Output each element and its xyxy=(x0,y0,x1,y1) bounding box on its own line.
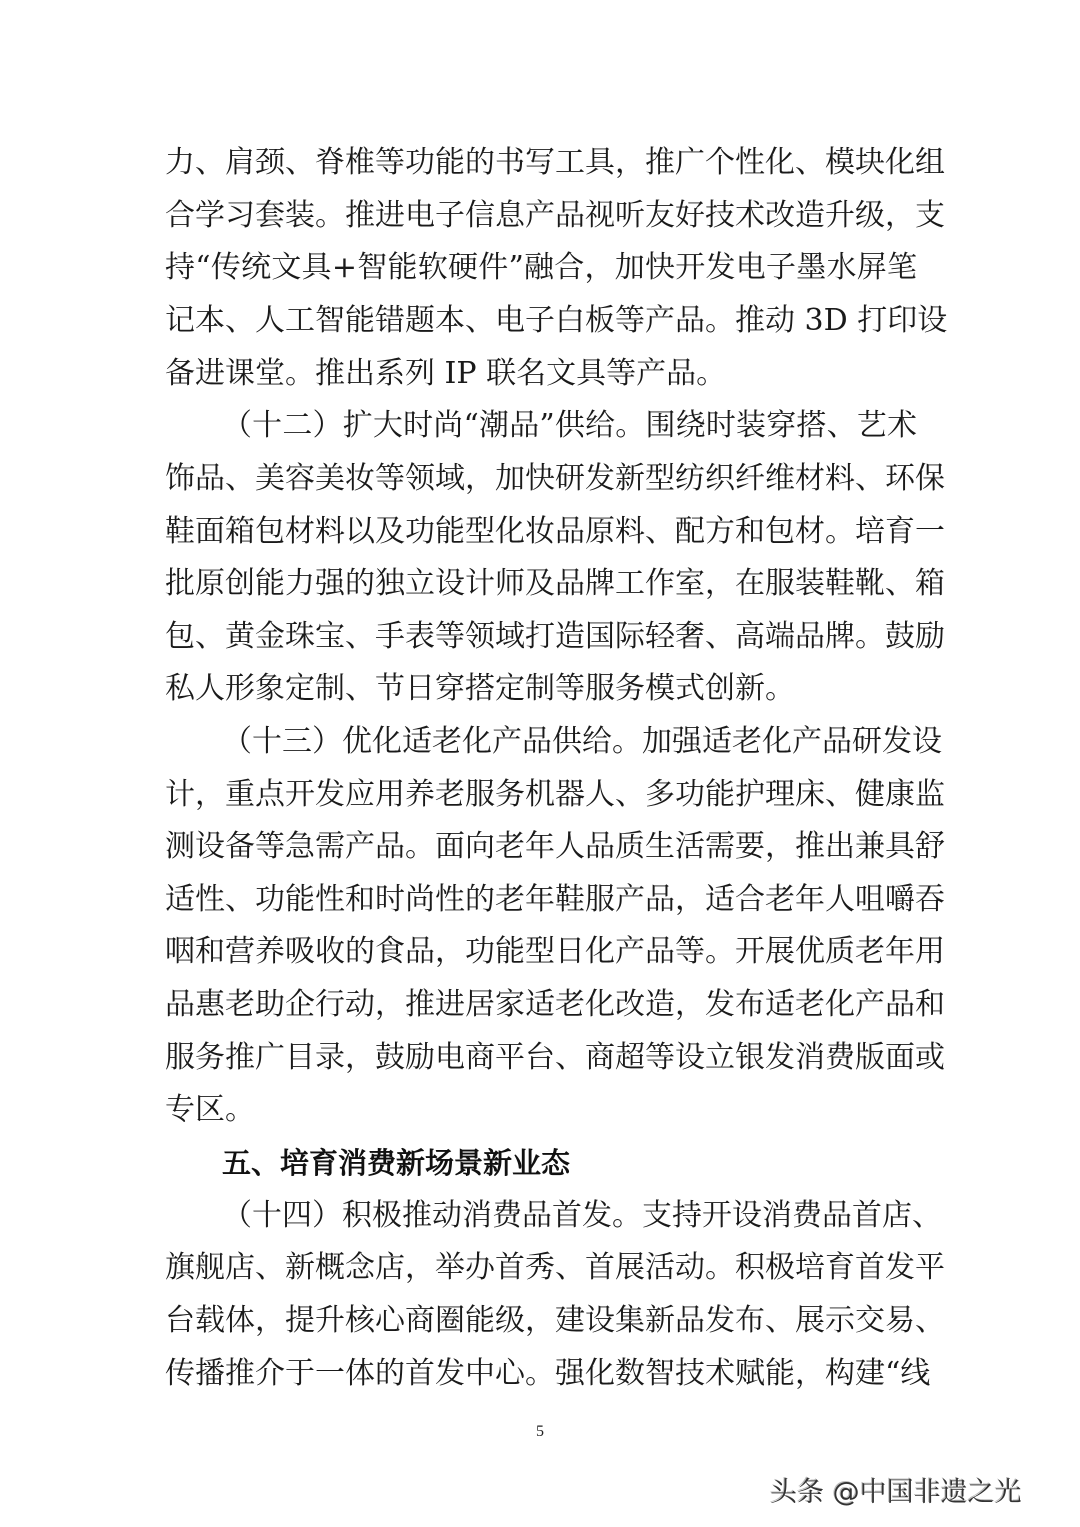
body-text-line: 适性、功能性和时尚性的老年鞋服产品，适合老年人咀嚼吞 xyxy=(165,880,917,920)
body-text-line: 计，重点开发应用养老服务机器人、多功能护理床、健康监 xyxy=(165,775,917,815)
watermark: 头条 @中国非遗之光 xyxy=(770,1470,1022,1509)
body-text-line: 咽和营养吸收的食品，功能型日化产品等。开展优质老年用 xyxy=(165,932,917,972)
body-text-line: 饰品、美容美妆等领域，加快研发新型纺织纤维材料、环保 xyxy=(165,459,917,499)
body-text-line: 测设备等急需产品。面向老年人品质生活需要，推出兼具舒 xyxy=(165,827,917,867)
paragraph-13-start: （十三）优化适老化产品供给。加强适老化产品研发设 xyxy=(222,722,917,762)
page-number: 5 xyxy=(536,1423,544,1441)
body-text-line: 批原创能力强的独立设计师及品牌工作室，在服装鞋靴、箱 xyxy=(165,564,917,604)
body-text-line: 服务推广目录，鼓励电商平台、商超等设立银发消费版面或 xyxy=(165,1038,917,1078)
body-text-line: 台载体，提升核心商圈能级，建设集新品发布、展示交易、 xyxy=(165,1301,917,1341)
body-text-line: 品惠老助企行动，推进居家适老化改造，发布适老化产品和 xyxy=(165,985,917,1025)
body-text-line: 力、肩颈、脊椎等功能的书写工具，推广个性化、模块化组 xyxy=(165,143,917,183)
section-heading: 五、培育消费新场景新业态 xyxy=(222,1143,570,1183)
body-text-line: 记本、人工智能错题本、电子白板等产品。推动 3D 打印设 xyxy=(165,301,917,341)
paragraph-14-start: （十四）积极推动消费品首发。支持开设消费品首店、 xyxy=(222,1196,917,1236)
body-text-line: 私人形象定制、节日穿搭定制等服务模式创新。 xyxy=(165,669,917,709)
body-text-line: 鞋面箱包材料以及功能型化妆品原料、配方和包材。培育一 xyxy=(165,512,917,552)
body-text-line: 旗舰店、新概念店，举办首秀、首展活动。积极培育首发平 xyxy=(165,1248,917,1288)
document-page: 力、肩颈、脊椎等功能的书写工具，推广个性化、模块化组 合学习套装。推进电子信息产… xyxy=(0,0,1080,1527)
body-text-line: 传播推介于一体的首发中心。强化数智技术赋能，构建“线 xyxy=(165,1354,917,1394)
body-text-line: 持“传统文具+智能软硬件”融合，加快开发电子墨水屏笔 xyxy=(165,248,917,288)
body-text-line: 合学习套装。推进电子信息产品视听友好技术改造升级，支 xyxy=(165,196,917,236)
paragraph-12-start: （十二）扩大时尚“潮品”供给。围绕时装穿搭、艺术 xyxy=(222,406,917,446)
body-text-line: 包、黄金珠宝、手表等领域打造国际轻奢、高端品牌。鼓励 xyxy=(165,617,917,657)
body-text-line: 专区。 xyxy=(165,1090,917,1130)
body-text-line: 备进课堂。推出系列 IP 联名文具等产品。 xyxy=(165,354,917,394)
